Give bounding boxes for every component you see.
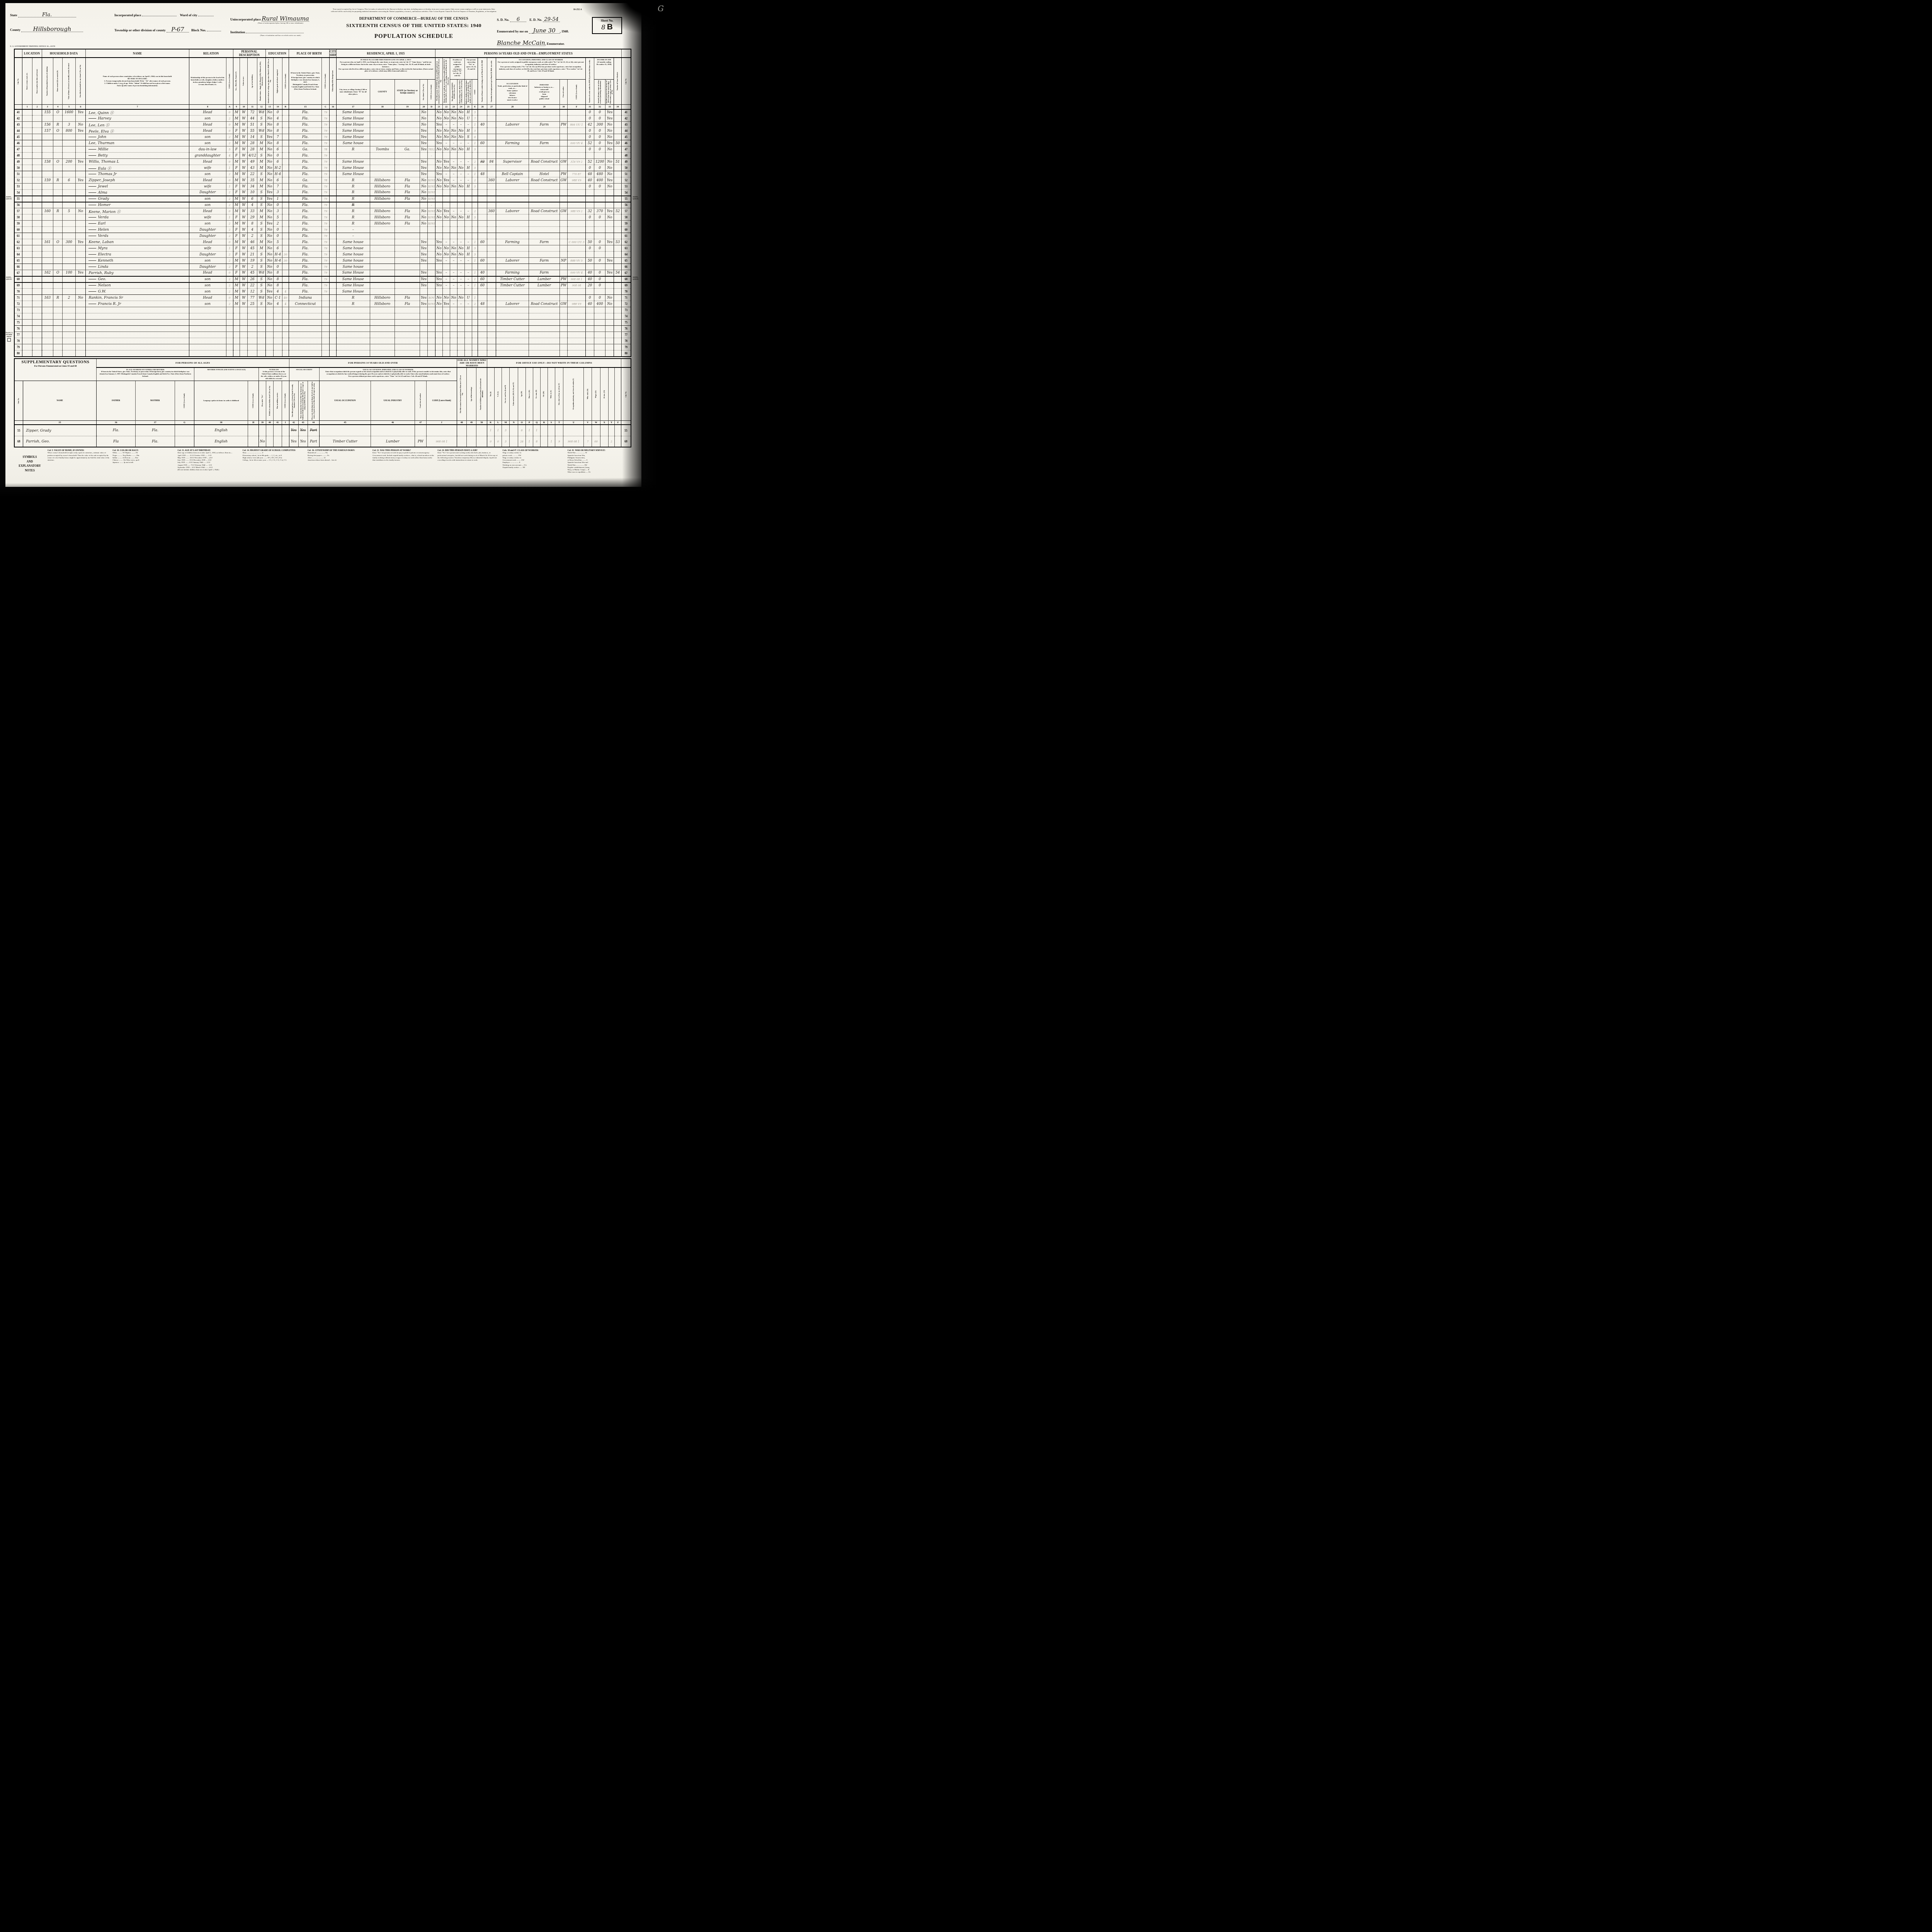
cell — [370, 239, 395, 245]
cell — [371, 425, 415, 436]
cell — [594, 307, 605, 313]
cell: 480 — [594, 171, 605, 177]
cell: 1 — [226, 165, 233, 171]
cell: 40 — [478, 122, 487, 128]
cell — [560, 128, 568, 134]
cell: 79 — [322, 165, 330, 171]
cell — [450, 313, 457, 320]
cell: Lumber — [371, 436, 415, 447]
cell — [274, 326, 282, 332]
cell — [330, 165, 337, 171]
cell: 5 — [472, 128, 478, 134]
cell — [614, 332, 621, 338]
cell: Yes — [605, 258, 614, 264]
cell: 48 — [585, 171, 594, 177]
col-number: 23 — [450, 105, 457, 109]
cell: son — [189, 140, 226, 146]
col-number: 43 — [298, 420, 308, 425]
cell — [226, 338, 233, 344]
cell: 20 — [585, 282, 594, 289]
cell — [32, 320, 42, 326]
cell: Willis, Thomas L — [86, 159, 189, 165]
cell: Fla. — [289, 208, 322, 214]
col-header: INDUSTRY Industry or business, as— cotto… — [529, 80, 560, 105]
cell: 1200 — [594, 159, 605, 165]
cell — [529, 295, 560, 301]
cell — [560, 109, 568, 116]
cell — [420, 307, 428, 313]
cell — [560, 332, 568, 338]
census-form: State Fla. County Hillsborough U. S. GOV… — [5, 3, 641, 487]
table-row: 46Lee, Thurmanson2MW28MNo8Fla.79Same hou… — [14, 140, 631, 146]
col-header: V–R (5) — [495, 367, 502, 421]
cell: Fla. — [289, 165, 322, 171]
cell — [478, 109, 487, 116]
cell: F — [233, 153, 240, 159]
cell — [189, 350, 226, 357]
cell: R — [336, 295, 370, 301]
cell: No — [420, 208, 428, 214]
cell: M — [233, 282, 240, 289]
cell — [608, 425, 614, 436]
cell — [443, 264, 450, 270]
cell: – — [464, 282, 472, 289]
col-header: If not, was he at work on, or assigned t… — [443, 58, 450, 105]
col-number: L — [495, 420, 502, 425]
cell: 0 — [226, 177, 233, 184]
cell: No — [266, 128, 274, 134]
cell: 163 — [42, 295, 53, 301]
cell — [585, 332, 594, 338]
cell — [496, 344, 529, 350]
cell: Head — [189, 295, 226, 301]
cell: XOVI — [428, 221, 435, 227]
note-body: World War ................... W Spanish-… — [568, 452, 630, 474]
cell: 33 — [248, 208, 257, 214]
col-number: T — [555, 420, 563, 425]
cell: 162 — [42, 270, 53, 276]
cell — [420, 202, 428, 208]
col-header: NAME — [23, 381, 97, 420]
cell — [282, 165, 289, 171]
cell — [585, 190, 594, 196]
scan-edge-right — [622, 0, 673, 500]
col-header: MOTHER — [136, 381, 175, 420]
cell — [478, 184, 487, 190]
cell — [395, 140, 420, 146]
cell — [53, 171, 63, 177]
cell — [600, 436, 608, 447]
cell: No — [266, 184, 274, 190]
cell: Fla. — [289, 128, 322, 134]
cell — [22, 190, 32, 196]
cell: 0 — [226, 128, 233, 134]
cell — [529, 196, 560, 202]
cell — [370, 109, 395, 116]
cell — [22, 252, 32, 258]
cell — [450, 221, 457, 227]
cell — [450, 307, 457, 313]
cell — [568, 338, 586, 344]
cell — [605, 332, 614, 338]
col-number: 2 — [32, 105, 42, 109]
cell: Same House — [336, 282, 370, 289]
line-number: 60 — [14, 227, 22, 233]
col-header: Language spoken in home in earliest chil… — [194, 381, 248, 420]
cell: 72 — [248, 109, 257, 116]
col-header: Duration of unemployment up to March 30,… — [487, 58, 496, 105]
cell — [487, 245, 496, 252]
table-row: 56Homerson2MW4SNo0Fla.79R–56 — [14, 202, 631, 208]
cell: No — [266, 276, 274, 282]
table-row: 55Gradyson2MW6SYes1Fla.79RHillsboroFlaNo… — [14, 196, 631, 202]
cell — [594, 344, 605, 350]
cell — [487, 326, 496, 332]
cell: F — [233, 227, 240, 233]
table-row: 68Geo.son2MW26SNo8Fla.79Same HouseYesYes… — [14, 276, 631, 282]
cell: Rankin, Francis Sr — [86, 295, 189, 301]
cell: 6 — [518, 425, 526, 436]
cell — [282, 425, 289, 436]
col-header: Wrk. st. (E) — [548, 367, 555, 421]
col-number: X — [600, 420, 608, 425]
cell — [282, 276, 289, 282]
col-number: 1 — [22, 105, 32, 109]
cell — [42, 214, 53, 221]
cell: 34 — [248, 184, 257, 190]
cell: – — [457, 159, 464, 165]
cell: – — [450, 159, 457, 165]
cell: 22 — [248, 171, 257, 177]
cell — [478, 338, 487, 344]
cell — [240, 350, 248, 357]
ed-value: 29-54 — [543, 18, 560, 22]
cell — [478, 307, 487, 313]
col-header: CODE (Leave blank) — [248, 381, 259, 420]
cell — [63, 245, 75, 252]
col-number: 4 — [53, 105, 63, 109]
cell: son — [189, 116, 226, 122]
cell: No — [420, 109, 428, 116]
line-number: 43 — [14, 122, 22, 128]
col-number: 39 — [259, 420, 266, 425]
line-number: 54 — [14, 190, 22, 196]
cell — [289, 344, 322, 350]
cell — [487, 295, 496, 301]
cell: Yes — [420, 171, 428, 177]
cell: No — [266, 295, 274, 301]
group-header: FOR PERSONS 14 YEARS OLD AND OVER — [289, 359, 457, 367]
cell: H-2 — [274, 165, 282, 171]
note-body: Enter "Yes" for a person (not seeking wo… — [437, 452, 500, 462]
col-header: Did this person receive income of $50 or… — [605, 80, 614, 105]
line-number: 53 — [14, 184, 22, 190]
cell: 2 — [226, 221, 233, 227]
line-number: 45 — [14, 134, 22, 140]
cell — [42, 307, 53, 313]
cell — [322, 301, 330, 307]
cell — [594, 289, 605, 295]
cell — [322, 295, 330, 301]
cell — [478, 128, 487, 134]
cell: son — [189, 282, 226, 289]
cell: Same house — [336, 239, 370, 245]
cell: Hillsboro — [370, 301, 395, 307]
cell — [175, 436, 194, 447]
cell: 6 — [274, 177, 282, 184]
cell: 78 — [322, 177, 330, 184]
cell: Yes — [298, 425, 308, 436]
col-header: Highest grade of school completed — [274, 58, 282, 105]
cell — [395, 165, 420, 171]
cell — [75, 276, 86, 282]
cell — [614, 202, 621, 208]
cell — [22, 202, 32, 208]
cell — [53, 214, 63, 221]
cell: S — [257, 252, 265, 258]
cell — [428, 134, 435, 140]
cell: 161 — [42, 239, 53, 245]
cell — [42, 146, 53, 153]
cell: 908 08 1 — [568, 276, 586, 282]
cell: Ga. — [395, 146, 420, 153]
cell: 50 — [614, 140, 621, 146]
line-number: 47 — [14, 146, 22, 153]
col-number: 33 — [605, 105, 614, 109]
cell: M — [233, 116, 240, 122]
cell: No — [450, 116, 457, 122]
cell: 79 — [322, 122, 330, 128]
cell: M — [233, 109, 240, 116]
cell — [189, 338, 226, 344]
cell — [450, 332, 457, 338]
cell: – — [464, 159, 472, 165]
cell — [472, 350, 478, 357]
note-title: Col. 5. VALUE OF HOME, IF OWNED: — [48, 449, 110, 452]
township-value: P-67 — [167, 27, 189, 32]
cell: 2 — [472, 301, 478, 307]
cell — [266, 344, 274, 350]
cell — [189, 320, 226, 326]
cell: Homer — [86, 202, 189, 208]
cell — [75, 307, 86, 313]
cell: 6 — [248, 196, 257, 202]
cell: No — [420, 214, 428, 221]
table-row: 58Verdawife1FW29MNo5Fla.79RHillsboroFlaN… — [14, 214, 631, 221]
cell — [395, 122, 420, 128]
cell — [443, 350, 450, 357]
cell: 0 — [226, 159, 233, 165]
line-number: 65 — [14, 258, 22, 264]
cell — [289, 307, 322, 313]
cell — [614, 134, 621, 140]
cell: Keene, Laban — [86, 239, 189, 245]
cell: No — [450, 109, 457, 116]
cell: 28 — [248, 146, 257, 153]
cell — [189, 332, 226, 338]
col-header: If so, were deductions made from (1) all… — [308, 381, 319, 420]
col-number: 41 — [274, 420, 282, 425]
col-number: B — [282, 105, 289, 109]
cell — [257, 332, 265, 338]
cell — [175, 425, 194, 436]
note-body: White .......... W Filipino ......... Fi… — [112, 452, 175, 464]
col-number: 21 — [435, 105, 443, 109]
cell — [605, 233, 614, 239]
note-body: None ................................ 0 … — [243, 452, 305, 462]
line-number: 52 — [14, 177, 22, 184]
cell — [585, 196, 594, 202]
cell: Fla. — [289, 140, 322, 146]
cell: 7852 — [428, 146, 435, 153]
county-value: Hillsborough — [21, 27, 83, 32]
cell — [568, 320, 586, 326]
cell: 6 — [472, 134, 478, 140]
cell — [395, 245, 420, 252]
group-header: FOR ALL WOMEN WHO ARE OR HAVE BEEN MARRI… — [457, 359, 487, 367]
cell — [63, 227, 75, 233]
cell — [496, 350, 529, 357]
cell — [75, 245, 86, 252]
cell: W — [240, 171, 248, 177]
cell: 4 — [274, 289, 282, 295]
cell — [560, 270, 568, 276]
col-header: City, town, or village having 2,500 or m… — [336, 80, 370, 105]
cell: XOVI — [428, 184, 435, 190]
cell — [370, 233, 395, 239]
cell: 79 — [322, 233, 330, 239]
cell — [370, 159, 395, 165]
cell — [75, 202, 86, 208]
cell: PW — [415, 436, 426, 447]
cell: Yes — [75, 239, 86, 245]
cell: 0 — [594, 214, 605, 221]
cell: 888 VV 5 — [568, 258, 586, 264]
cell — [594, 196, 605, 202]
cell — [605, 153, 614, 159]
cell: 400 — [594, 301, 605, 307]
cell — [428, 165, 435, 171]
cell — [560, 245, 568, 252]
cell: C 000 UU 3 — [568, 239, 586, 245]
line-number: 58 — [14, 214, 22, 221]
cell: 0 — [487, 436, 495, 447]
cell — [22, 233, 32, 239]
cell: Hillsboro — [370, 184, 395, 190]
cell: 0 — [594, 258, 605, 264]
cell: – — [457, 270, 464, 276]
cell: W — [240, 134, 248, 140]
cell: 155 — [42, 109, 53, 116]
cell: 7 — [584, 436, 592, 447]
ed-label: E. D. No. — [529, 18, 542, 22]
cell: 79 — [322, 134, 330, 140]
cell — [540, 425, 548, 436]
cell: Yes — [420, 165, 428, 171]
cell: Yes — [443, 208, 450, 214]
cell: W — [240, 227, 248, 233]
sub-group-header: IN WHAT PLACE DID THIS PERSON LIVE ON AP… — [336, 58, 435, 80]
cell — [478, 245, 487, 252]
cell — [63, 165, 75, 171]
cell: Earl — [86, 221, 189, 227]
cell — [496, 326, 529, 332]
cell: No — [435, 214, 443, 221]
cell: 5 — [274, 239, 282, 245]
cell: W — [240, 196, 248, 202]
note-title: Col. 10. COLOR OR RACE: — [112, 449, 175, 452]
cell: Same House — [336, 289, 370, 295]
cell: wife — [189, 214, 226, 221]
cell — [370, 171, 395, 177]
col-number: 24 — [457, 105, 464, 109]
line-number: 56 — [14, 202, 22, 208]
cell — [330, 332, 337, 338]
cell: 28 — [248, 140, 257, 146]
cell: wife — [189, 245, 226, 252]
cell: – — [457, 239, 464, 245]
cell — [560, 153, 568, 159]
cell: Yes — [435, 276, 443, 282]
cell: – — [450, 122, 457, 128]
cell: C-1 — [274, 295, 282, 301]
cell — [487, 122, 496, 128]
table-row: 59Earlson2MW8SYes2Fla.79RHillsboroFlaNoX… — [14, 221, 631, 227]
cell — [594, 350, 605, 357]
cell — [466, 436, 476, 447]
cell — [428, 239, 435, 245]
cell: U — [464, 116, 472, 122]
cell: – — [443, 122, 450, 128]
table-row: 51Thomas Jrson2MW22SNoH-4Fla.79Same Hous… — [14, 171, 631, 177]
cell — [75, 221, 86, 227]
group-header — [14, 49, 22, 58]
cell — [496, 313, 529, 320]
col-number: 30 — [560, 105, 568, 109]
cell: Laborer — [496, 122, 529, 128]
cell — [529, 264, 560, 270]
cell: XOVI — [428, 208, 435, 214]
cell: – — [443, 282, 450, 289]
line-number: 61 — [14, 233, 22, 239]
cell: W — [240, 214, 248, 221]
cell: R — [336, 196, 370, 202]
cell: Road Construct — [529, 159, 560, 165]
cell — [75, 214, 86, 221]
cell: 79 — [322, 245, 330, 252]
cell — [226, 326, 233, 332]
cell — [614, 350, 621, 357]
cell — [63, 338, 75, 344]
line-number: 70 — [14, 289, 22, 295]
cell: Hillsboro — [370, 295, 395, 301]
cell: 79 — [322, 184, 330, 190]
cell: 0 — [585, 184, 594, 190]
cell — [53, 264, 63, 270]
cell: No — [75, 295, 86, 301]
col-header: CODE (Leave blank) — [175, 381, 194, 420]
cell — [478, 146, 487, 153]
cell: 0 — [495, 436, 502, 447]
cell: Connecticut — [289, 301, 322, 307]
cell: W — [240, 146, 248, 153]
cell — [282, 338, 289, 344]
cell — [22, 326, 32, 332]
cell — [42, 184, 53, 190]
cell — [487, 116, 496, 122]
cell — [605, 282, 614, 289]
cell — [614, 214, 621, 221]
